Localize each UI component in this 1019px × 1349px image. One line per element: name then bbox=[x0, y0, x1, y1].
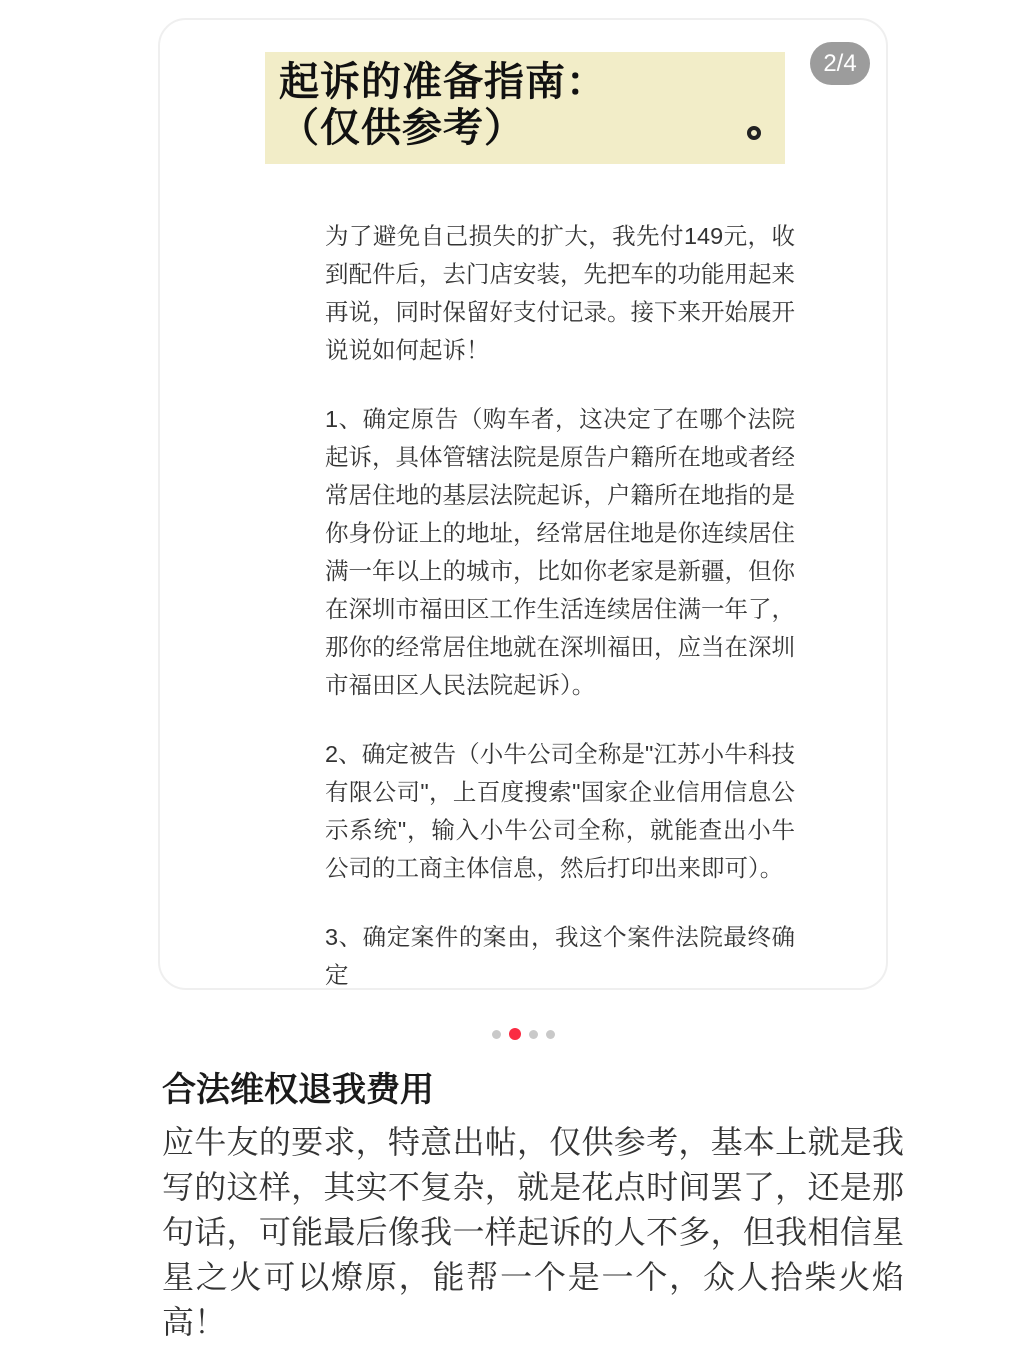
post-title: 合法维权退我费用 bbox=[162, 1062, 434, 1111]
circle-ring-icon bbox=[747, 126, 761, 140]
slide-title-line2: （仅供参考） bbox=[279, 105, 785, 151]
post-body-text: 应牛友的要求，特意出帖，仅供参考，基本上就是我写的这样，其实不复杂，就是花点时间… bbox=[162, 1120, 904, 1345]
pagination-dot[interactable] bbox=[509, 1028, 521, 1040]
slide-title-line1: 起诉的准备指南： bbox=[279, 59, 785, 105]
pagination-dot[interactable] bbox=[492, 1030, 501, 1039]
pagination-dot[interactable] bbox=[529, 1030, 538, 1039]
slide-title-highlight: 起诉的准备指南： （仅供参考） bbox=[265, 52, 785, 164]
pagination-dots bbox=[158, 1024, 888, 1044]
slide-paragraph: 3、确定案件的案由，我这个案件法院最终确定 bbox=[325, 918, 795, 994]
slide-paragraph: 为了避免自己损失的扩大，我先付149元，收到配件后，去门店安装，先把车的功能用起… bbox=[325, 217, 795, 369]
carousel-slide-card[interactable]: 2/4 起诉的准备指南： （仅供参考） 为了避免自己损失的扩大，我先付149元，… bbox=[158, 18, 888, 990]
pagination-dot[interactable] bbox=[546, 1030, 555, 1039]
slide-body-text: 为了避免自己损失的扩大，我先付149元，收到配件后，去门店安装，先把车的功能用起… bbox=[325, 217, 795, 1025]
slide-paragraph: 2、确定被告（小牛公司全称是"江苏小牛科技有限公司"，上百度搜索"国家企业信用信… bbox=[325, 735, 795, 887]
slide-paragraph: 1、确定原告（购车者，这决定了在哪个法院起诉，具体管辖法院是原告户籍所在地或者经… bbox=[325, 400, 795, 704]
page-count-badge: 2/4 bbox=[810, 42, 870, 85]
page-count-label: 2/4 bbox=[823, 50, 856, 78]
